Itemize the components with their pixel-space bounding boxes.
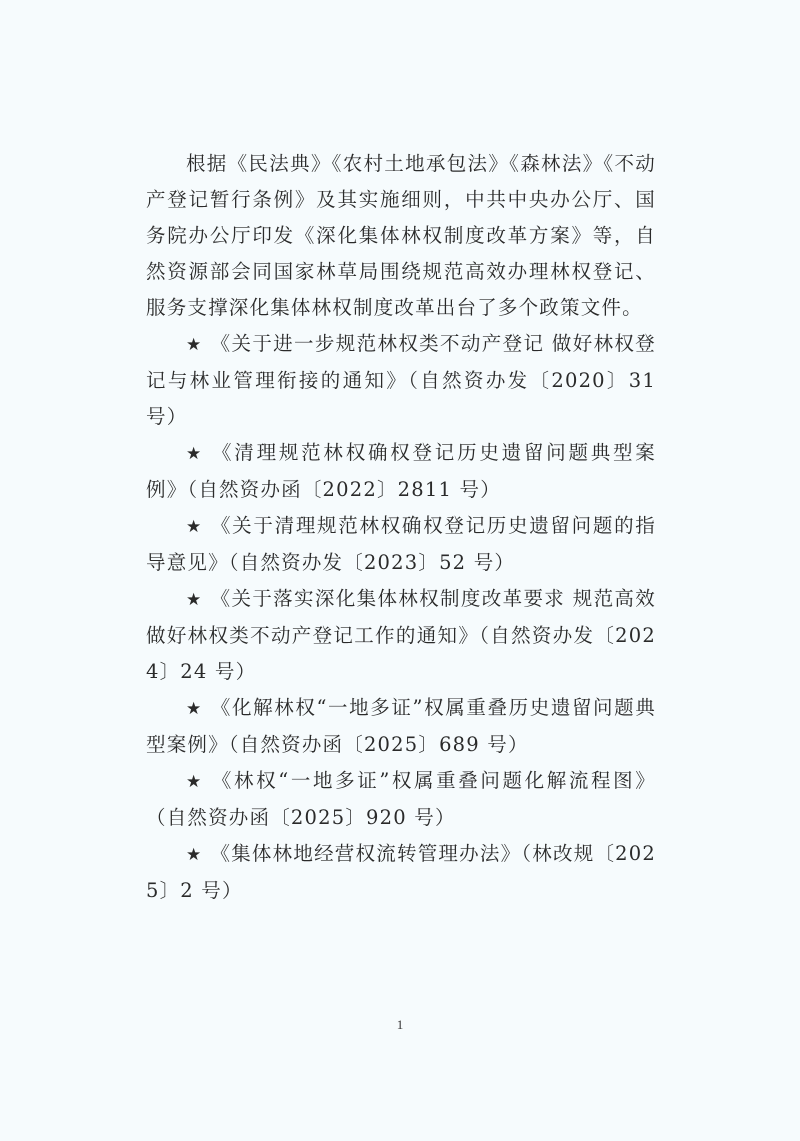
policy-item-3: ★《关于清理规范林权确权登记历史遗留问题的指导意见》（自然资办发〔2023〕52… xyxy=(146,508,656,581)
policy-item-text: 《关于进一步规范林权类不动产登记 做好林权登记与林业管理衔接的通知》（自然资办发… xyxy=(146,332,656,428)
star-bullet-icon: ★ xyxy=(186,509,202,545)
star-bullet-icon: ★ xyxy=(186,582,202,618)
star-bullet-icon: ★ xyxy=(186,764,202,800)
policy-item-text: 《关于落实深化集体林权制度改革要求 规范高效做好林权类不动产登记工作的通知》（自… xyxy=(146,587,656,683)
policy-item-text: 《化解林权“一地多证”权属重叠历史遗留问题典型案例》（自然资办函〔2025〕68… xyxy=(146,696,656,756)
policy-item-text: 《集体林地经营权流转管理办法》（林改规〔2025〕2 号） xyxy=(146,842,656,902)
policy-item-text: 《清理规范林权确权登记历史遗留问题典型案例》（自然资办函〔2022〕2811 号… xyxy=(146,441,656,501)
star-bullet-icon: ★ xyxy=(186,837,202,873)
star-bullet-icon: ★ xyxy=(186,436,202,472)
star-bullet-icon: ★ xyxy=(186,691,202,727)
star-bullet-icon: ★ xyxy=(186,327,202,363)
policy-item-text: 《林权“一地多证”权属重叠问题化解流程图》（自然资办函〔2025〕920 号） xyxy=(146,769,656,829)
policy-item-1: ★《关于进一步规范林权类不动产登记 做好林权登记与林业管理衔接的通知》（自然资办… xyxy=(146,326,656,435)
document-body: 根据《民法典》《农村土地承包法》《森林法》《不动产登记暂行条例》及其实施细则，中… xyxy=(146,146,656,909)
policy-item-6: ★《林权“一地多证”权属重叠问题化解流程图》（自然资办函〔2025〕920 号） xyxy=(146,763,656,836)
policy-item-5: ★《化解林权“一地多证”权属重叠历史遗留问题典型案例》（自然资办函〔2025〕6… xyxy=(146,690,656,763)
intro-paragraph: 根据《民法典》《农村土地承包法》《森林法》《不动产登记暂行条例》及其实施细则，中… xyxy=(146,146,656,326)
policy-item-text: 《关于清理规范林权确权登记历史遗留问题的指导意见》（自然资办发〔2023〕52 … xyxy=(146,514,656,574)
policy-item-2: ★《清理规范林权确权登记历史遗留问题典型案例》（自然资办函〔2022〕2811 … xyxy=(146,435,656,508)
policy-item-7: ★《集体林地经营权流转管理办法》（林改规〔2025〕2 号） xyxy=(146,836,656,909)
policy-item-4: ★《关于落实深化集体林权制度改革要求 规范高效做好林权类不动产登记工作的通知》（… xyxy=(146,581,656,690)
page-number: 1 xyxy=(0,1017,800,1033)
document-page: 根据《民法典》《农村土地承包法》《森林法》《不动产登记暂行条例》及其实施细则，中… xyxy=(0,0,800,1141)
